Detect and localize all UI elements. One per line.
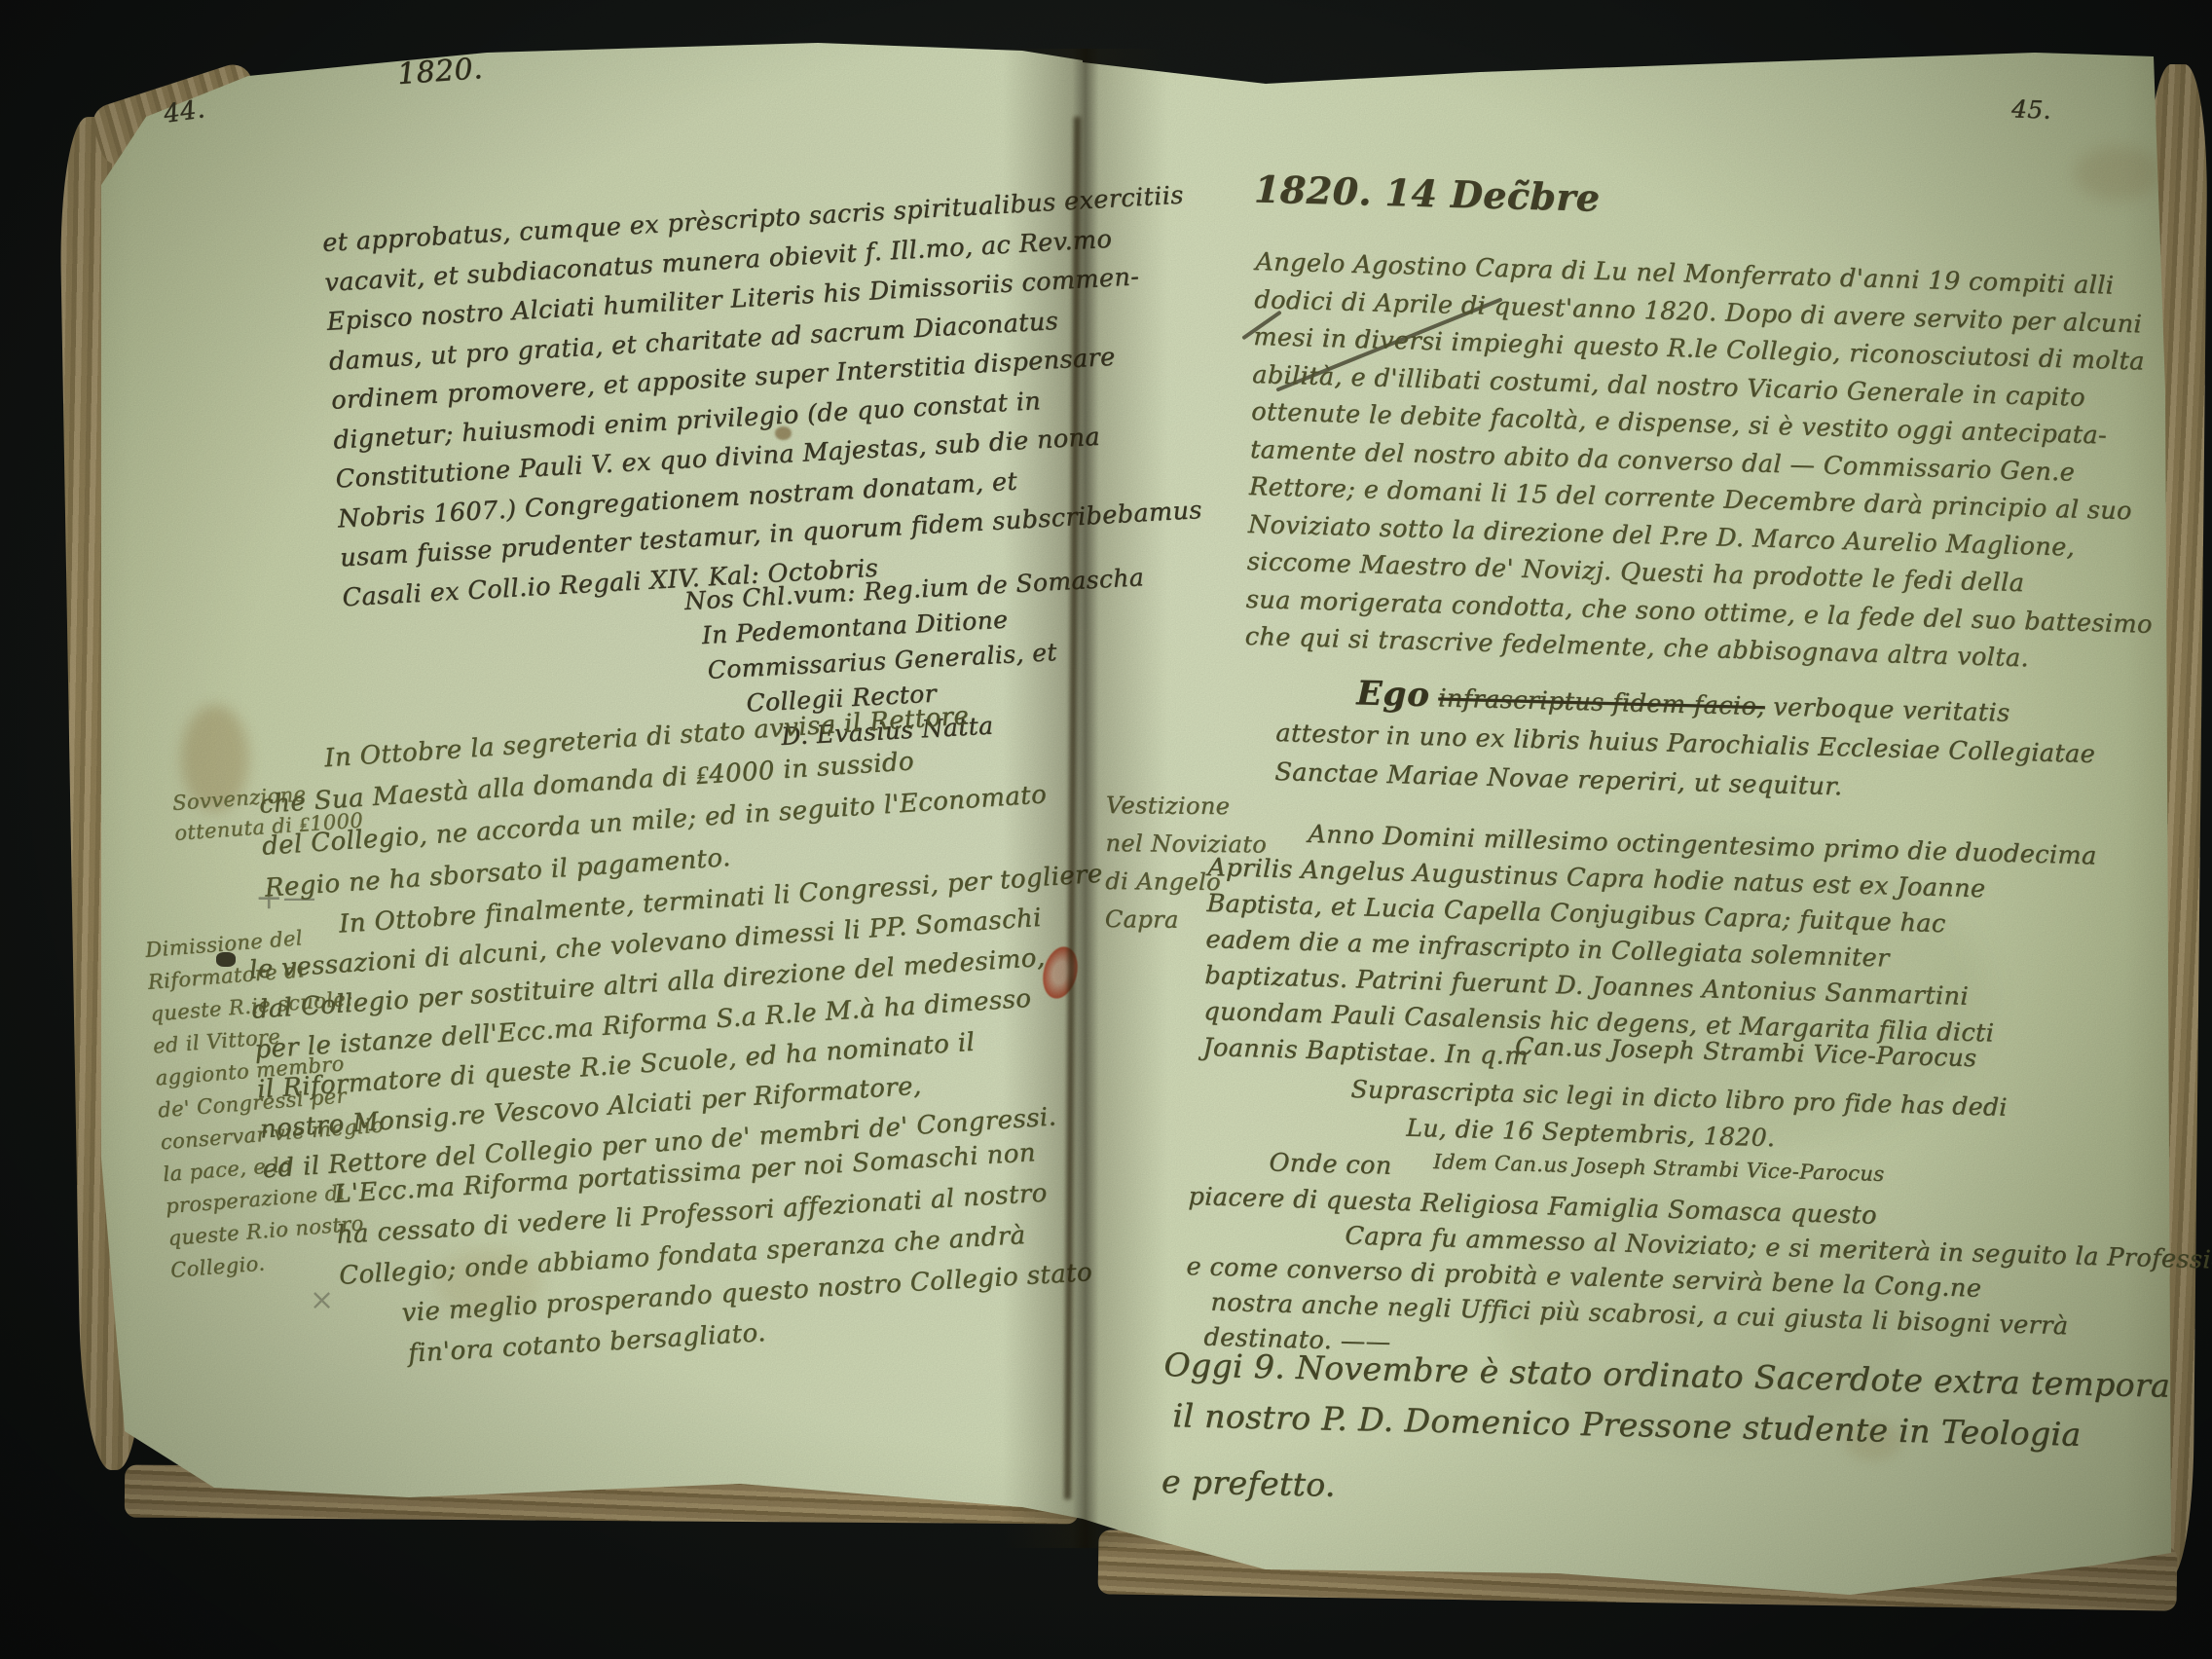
left-year-heading: 1820.: [396, 52, 484, 92]
left-page-number: 44.: [162, 94, 206, 129]
ego-word: Ego: [1356, 674, 1430, 715]
paragraph-ego-attestation: Ego infrascriptus fidem facio, verboque …: [1274, 672, 2097, 813]
admission-lead: Onde con: [1269, 1148, 1392, 1181]
paragraph-vestizione: Angelo Agostino Capra di Lu nel Monferra…: [1244, 243, 2162, 681]
struck-words: infrascriptus fidem facio,: [1438, 683, 1765, 721]
ego-rest: verboque veritatis: [1773, 692, 2010, 727]
manuscript-photo: +— × 1820. 44. et approbatus, cumque ex …: [0, 0, 2212, 1659]
right-page-number: 45.: [2011, 94, 2052, 124]
right-date-heading: 1820. 14 Dec̃bre: [1253, 166, 1600, 219]
paragraph-ordination: Oggi 9. Novembre è stato ordinato Sacerd…: [1161, 1340, 2170, 1529]
